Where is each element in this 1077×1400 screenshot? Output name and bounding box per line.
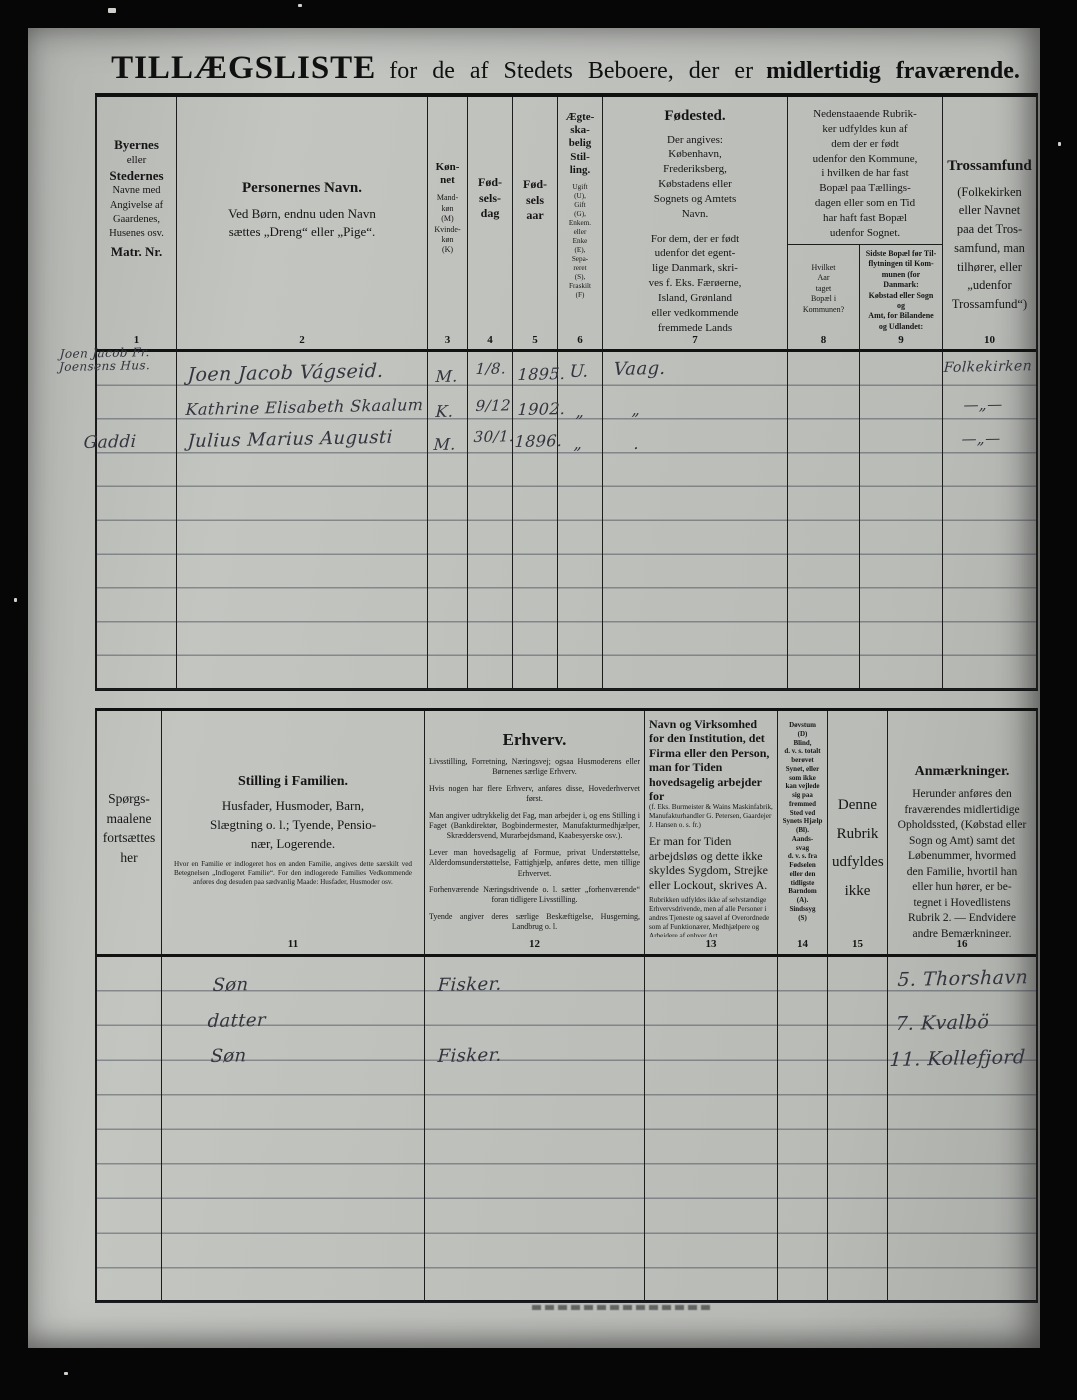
entry-birthplace-row1: Vaag. [613,360,666,380]
entry-birthplace-row3: . [633,436,639,453]
entry-remark-row2: 7. Kvalbö [895,1013,990,1035]
census-sheet: TILLÆGSLISTE for de af Stedets Beboere, … [28,28,1040,1348]
scan-speck [1058,142,1061,146]
scan-speck [108,8,116,13]
column-number: 3 [428,333,468,352]
column-group-header-8-9: Nedenstaaende Rubrik- ker udfyldes kun a… [788,97,943,245]
entry-birthday-row3: 30/1. [473,429,514,446]
column-number: 12 [425,937,645,957]
scan-speck [298,4,302,7]
entry-matr-row3: Gaddi [83,434,137,453]
entry-occupation-row3: Fisker. [437,1047,502,1067]
entry-birthyear-row1: 1895. [517,366,566,384]
column-header-remarks: Anmærkninger. Herunder anføres den fravæ… [888,711,1036,937]
title-middle: for de af Stedets Beboere, der er [389,58,753,84]
body-column-birthplace [603,352,788,690]
column-number-empty [97,937,162,957]
body-column-family-position [162,957,425,1303]
stub-questions-continue: Spørgs- maalene fortsættes her [97,711,162,937]
title-word-emph: midlertidig fraværende. [766,58,1020,84]
body-column-employer [645,957,778,1303]
column-number: 11 [162,937,425,957]
body-column-year-moved [788,352,860,690]
body-column-not-filled [828,957,888,1303]
table-occupation: Spørgs- maalene fortsættes her Stilling … [95,708,1038,1303]
column-header-sex: Køn- net Mand- køn (M) Kvinde- køn (K) [428,97,468,333]
entry-faith-row2: —„— [963,397,1003,414]
body-column-remarks [888,957,1036,1303]
entry-occupation-row1: Fisker. [437,976,502,996]
entry-birthyear-row3: 1896. [514,433,563,451]
column-header-last-residence: Sidste Bopæl før Til- flytningen til Kom… [860,245,943,333]
column-number: 5 [513,333,558,352]
column-header-marital: Ægte- ska- belig Stil- ling. Ugift (U), … [558,97,603,333]
column-number: 16 [888,937,1036,957]
entry-remark-row3: 11. Kollefjord [889,1048,1026,1071]
entry-name-row1: Joen Jacob Vágseid. [187,362,384,386]
column-header-matr: Byernes eller Stedernes Navne med Angive… [97,97,177,333]
column-number: 6 [558,333,603,352]
entry-faith-row3: —„— [961,431,1001,448]
column-header-birthday: Fød- sels- dag [468,97,513,333]
column-header-not-filled: Denne Rubrik udfyldes ikke [828,711,888,937]
entry-position-row1: Søn [212,976,249,996]
column-header-occupation: Erhverv. Livsstilling, Forretning, Nærin… [425,711,645,937]
entry-faith-row1: Folkekirken [943,359,1032,376]
entry-birthyear-row2: 1902. [517,401,566,419]
column-header-name: Personernes Navn. Ved Børn, endnu uden N… [177,97,428,333]
column-number: 8 [788,333,860,352]
table-persons: Byernes eller Stedernes Navne med Angive… [95,93,1038,691]
entry-position-row3: Søn [210,1047,247,1067]
column-number: 2 [177,333,428,352]
scan-speck [64,1372,68,1375]
entry-position-row2: datter [207,1012,266,1032]
entry-status-row1: U. [569,364,589,382]
column-header-disabilities: Døvstum (D) Blind, d. v. s. totalt berøv… [778,711,828,937]
entry-status-row3: „ [573,436,583,453]
entry-birthday-row1: 1/8. [475,361,506,377]
body-column-occupation [425,957,645,1303]
entry-birthplace-row2: „ [631,402,641,419]
entry-sex-row3: M. [433,437,456,454]
column-header-year-moved: Hvilket Aar taget Bopæl i Kommunen? [788,245,860,333]
title-word-main: TILLÆGSLISTE [111,50,376,86]
column-number: 10 [943,333,1036,352]
column-header-faith: Trossamfund (Folkekirken eller Navnet pa… [943,97,1036,333]
entry-sex-row2: K. [435,404,454,421]
column-number: 9 [860,333,943,352]
column-number: 13 [645,937,778,957]
entry-matr-row1: Joen Jacob Fr. Joensens Hus. [59,346,151,373]
column-number: 15 [828,937,888,957]
column-header-employer: Navn og Virksomhed for den Institution, … [645,711,778,937]
printer-imprint [532,1305,712,1310]
entry-remark-row1: 5. Thorshavn [897,968,1029,991]
body-column-matr [97,352,177,690]
body-column-disabilities [778,957,828,1303]
column-header-birthyear: Fød- sels aar [513,97,558,333]
entry-birthday-row2: 9/12 [475,398,511,415]
page-title: TILLÆGSLISTE for de af Stedets Beboere, … [95,50,1036,87]
column-header-family-position: Stilling i Familien. Husfader, Husmoder,… [162,711,425,937]
body-column-stub [97,957,162,1303]
column-header-birthplace: Fødested. Der angives: København, Freder… [603,97,788,333]
column-number: 14 [778,937,828,957]
entry-status-row2: „ [575,404,585,421]
column-number: 7 [603,333,788,352]
body-column-last-residence [860,352,943,690]
entry-sex-row1: M. [435,369,458,386]
column-number: 4 [468,333,513,352]
scan-speck [14,598,17,602]
